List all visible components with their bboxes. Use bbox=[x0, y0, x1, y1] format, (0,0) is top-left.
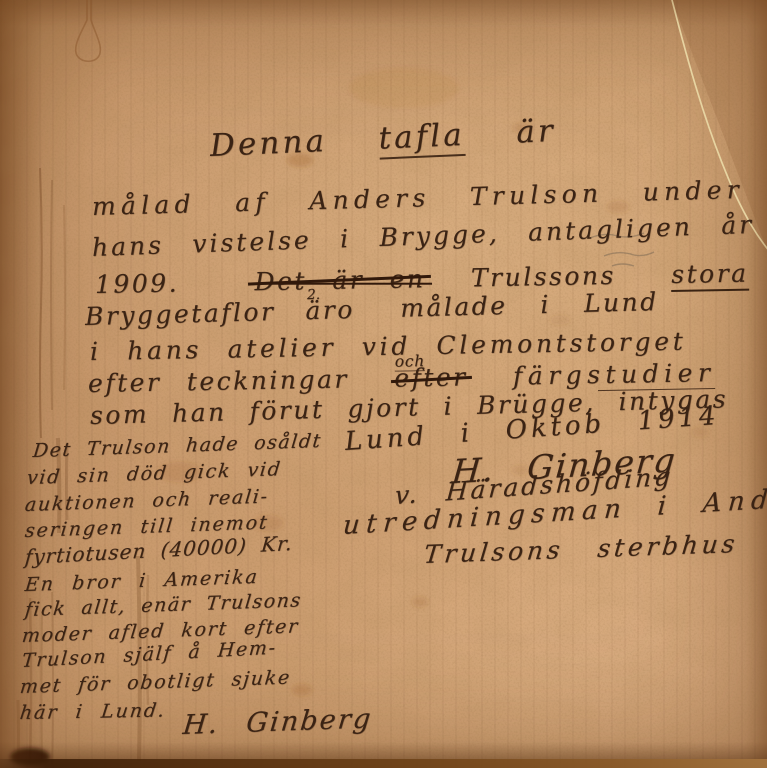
left-note-line-2: vid sin död gick vid bbox=[26, 458, 283, 489]
struck-text-det-ar-en: Det är en bbox=[254, 264, 426, 296]
aged-paper-sheet: Denna tafla är målad af Anders Trulson u… bbox=[0, 0, 767, 768]
edge-shade-right bbox=[747, 0, 767, 768]
year-1909: 1909. bbox=[95, 269, 180, 299]
edge-shade-bottom bbox=[0, 742, 767, 768]
word-stora-underlined: stora bbox=[671, 259, 749, 292]
left-note-line-10: met för obotligt sjuke bbox=[19, 666, 292, 698]
attest-role-line-2: Trulsons sterbhus bbox=[422, 529, 739, 569]
word-denna: Denna bbox=[209, 123, 328, 164]
left-note-signature: H. Ginberg bbox=[181, 703, 374, 741]
main-line-1: Denna tafla är bbox=[209, 113, 556, 164]
bulb-outline-mark bbox=[76, 0, 101, 61]
paper-bottom-edge bbox=[0, 759, 767, 768]
word-ar: är bbox=[515, 113, 556, 151]
superscript-2: 2. bbox=[307, 287, 321, 303]
left-note-line-3: auktionen och reali- bbox=[24, 485, 270, 516]
struck-word-efter: ochefter bbox=[394, 362, 468, 392]
inserted-word-och: och bbox=[395, 352, 426, 372]
phrase-efter-teckningar: efter teckningar bbox=[88, 364, 349, 398]
edge-shade-top bbox=[0, 0, 767, 26]
word-bryggetaflor: Bryggetaflor bbox=[85, 297, 276, 331]
phrase-malade-i-lund: målade i Lund bbox=[400, 287, 659, 323]
word-tafla-underlined: tafla bbox=[378, 117, 466, 160]
left-note-line-11: här i Lund. bbox=[19, 699, 168, 724]
